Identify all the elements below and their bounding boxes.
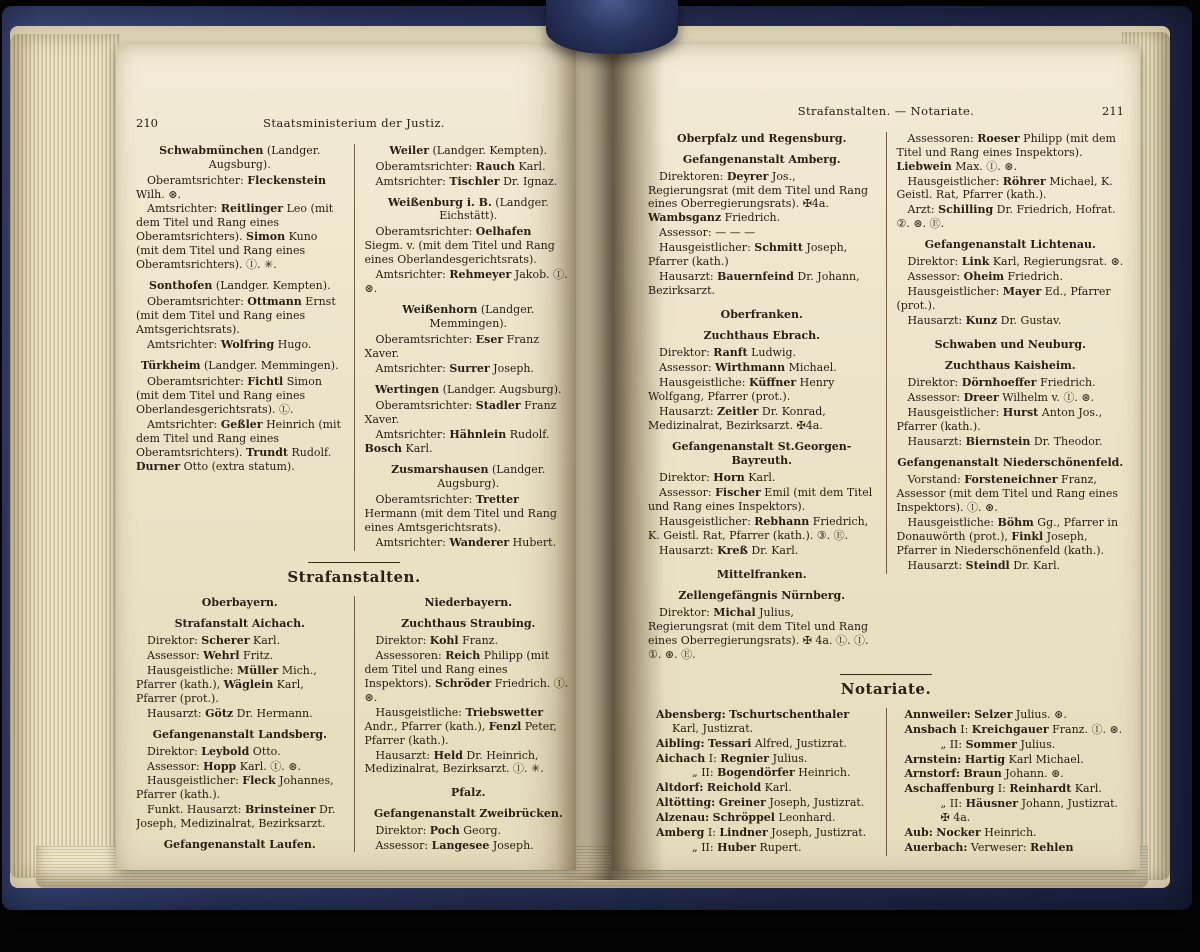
directory-line: Assessor: Langesee Joseph. bbox=[365, 839, 573, 852]
court-entry-heading: Schwabmünchen (Landger. Augsburg). bbox=[136, 144, 344, 172]
page-stack-left-edge bbox=[10, 34, 120, 878]
directory-line: Assessor: Dreer Wilhelm v. Ⓘ. ⊛. bbox=[897, 391, 1125, 405]
notariate-section: Abensberg: Tschurtschenthaler Karl, Just… bbox=[648, 708, 1124, 856]
notariat-line: Amberg I: Lindner Joseph, Justizrat. bbox=[648, 826, 876, 840]
court-entry-heading: Weiler (Landger. Kempten). bbox=[365, 144, 573, 158]
strafanstalten-column-3: Oberpfalz und Regensburg.Gefangenanstalt… bbox=[648, 132, 886, 663]
right-page-number: 211 bbox=[1082, 104, 1124, 119]
directory-line: Hausgeistlicher: Fleck Johannes, Pfarrer… bbox=[136, 774, 344, 802]
directory-line: Hausarzt: Götz Dr. Hermann. bbox=[136, 707, 344, 721]
directory-line: Oberamtsrichter: Ottmann Ernst (mit dem … bbox=[136, 295, 344, 337]
directory-line: Direktor: Link Karl, Regierungsrat. ⊛. bbox=[897, 255, 1125, 269]
institution-heading: Strafanstalt Aichach. bbox=[136, 617, 344, 631]
section-divider-rule bbox=[308, 562, 400, 563]
notariat-line: Annweiler: Selzer Julius. ⊛. bbox=[897, 708, 1125, 722]
directory-line: Assessor: Wehrl Fritz. bbox=[136, 649, 344, 663]
institution-heading: Zuchthaus Kaisheim. bbox=[897, 359, 1125, 373]
right-page-header: Strafanstalten. — Notariate. 211 bbox=[648, 104, 1124, 119]
institution-heading: Gefangenanstalt Amberg. bbox=[648, 153, 876, 167]
directory-line: Assessor: Oheim Friedrich. bbox=[897, 270, 1125, 284]
strafanstalten-continued-section: Oberpfalz und Regensburg.Gefangenanstalt… bbox=[648, 132, 1124, 663]
notariat-line: Ansbach I: Kreichgauer Franz. Ⓘ. ⊛. bbox=[897, 723, 1125, 737]
directory-line: Direktor: Dörnhoeffer Friedrich. bbox=[897, 376, 1125, 390]
notariat-line: Aschaffenburg I: Reinhardt Karl. bbox=[897, 782, 1125, 796]
notariat-line: Aub: Nocker Heinrich. bbox=[897, 826, 1125, 840]
directory-line: Assessor: Fischer Emil (mit dem Titel un… bbox=[648, 486, 876, 514]
directory-line: Amtsrichter: Wolfring Hugo. bbox=[136, 338, 344, 352]
notariat-line: „ II: Bogendörfer Heinrich. bbox=[648, 766, 876, 780]
directory-line: Hausgeistlicher: Rebhann Friedrich, K. G… bbox=[648, 515, 876, 543]
institution-heading: Gefangenanstalt Lichtenau. bbox=[897, 238, 1125, 252]
institution-heading: Gefangenanstalt St.Georgen-Bayreuth. bbox=[648, 440, 876, 468]
notariate-section-title: Notariate. bbox=[648, 680, 1124, 699]
directory-line: Hausarzt: Bauernfeind Dr. Johann, Bezirk… bbox=[648, 270, 876, 298]
court-entry-heading: Weißenhorn (Landger. Memmingen). bbox=[365, 303, 573, 331]
directory-line: Assessor: Wirthmann Michael. bbox=[648, 361, 876, 375]
directory-line: Oberamtsrichter: Stadler Franz Xaver. bbox=[365, 399, 573, 427]
institution-heading: Zuchthaus Straubing. bbox=[365, 617, 573, 631]
directory-line: Hausgeistlicher: Röhrer Michael, K. Geis… bbox=[897, 175, 1125, 203]
directory-line: Funkt. Hausarzt: Brinsteiner Dr. Joseph,… bbox=[136, 803, 344, 831]
region-heading: Niederbayern. bbox=[365, 596, 573, 610]
court-entry-heading: Zusmarshausen (Landger. Augsburg). bbox=[365, 463, 573, 491]
court-entry-heading: Weißenburg i. B. (Landger. Eichstätt). bbox=[365, 196, 573, 224]
directory-line: Amtsrichter: Hähnlein Rudolf. Bosch Karl… bbox=[365, 428, 573, 456]
directory-line: Oberamtsrichter: Oelhafen Siegm. v. (mit… bbox=[365, 225, 573, 267]
directory-line: Assessor: — — — bbox=[648, 226, 876, 240]
directory-line: Hausgeistliche: Triebswetter Andr., Pfar… bbox=[365, 706, 573, 748]
notariat-line: Altdorf: Reichold Karl. bbox=[648, 781, 876, 795]
notariat-line: Arnstorf: Braun Johann. ⊛. bbox=[897, 767, 1125, 781]
directory-line: Assessoren: Reich Philipp (mit dem Titel… bbox=[365, 649, 573, 705]
book-photo: 210 Staatsministerium der Justiz. Schwab… bbox=[0, 0, 1200, 952]
strafanstalten-column-2: Niederbayern.Zuchthaus Straubing.Direkto… bbox=[354, 596, 573, 852]
directory-line: Hausgeistliche: Küffner Henry Wolfgang, … bbox=[648, 376, 876, 404]
directory-line: Direktor: Leybold Otto. bbox=[136, 745, 344, 759]
strafanstalten-column-4: Assessoren: Roeser Philipp (mit dem Tite… bbox=[886, 132, 1125, 574]
left-page-number: 210 bbox=[136, 116, 178, 131]
notariate-column-1: Abensberg: Tschurtschenthaler Karl, Just… bbox=[648, 708, 886, 856]
right-running-title: Strafanstalten. — Notariate. bbox=[690, 104, 1082, 119]
court-entry-heading: Wertingen (Landger. Augsburg). bbox=[365, 383, 573, 397]
institution-heading: Zuchthaus Ebrach. bbox=[648, 329, 876, 343]
directory-line: Direktor: Michal Julius, Regierungsrat (… bbox=[648, 606, 876, 662]
directory-line: Oberamtsrichter: Fichtl Simon (mit dem T… bbox=[136, 375, 344, 417]
region-heading: Pfalz. bbox=[365, 786, 573, 800]
directory-line: Direktoren: Deyrer Jos., Regierungsrat (… bbox=[648, 170, 876, 226]
institution-heading: Gefangenanstalt Niederschönenfeld. bbox=[897, 456, 1125, 470]
directory-line: Hausarzt: Biernstein Dr. Theodor. bbox=[897, 435, 1125, 449]
directory-line: Oberamtsrichter: Rauch Karl. bbox=[365, 160, 573, 174]
notariat-line: Abensberg: Tschurtschenthaler Karl, Just… bbox=[648, 708, 876, 736]
notariate-column-2: Annweiler: Selzer Julius. ⊛.Ansbach I: K… bbox=[886, 708, 1125, 856]
directory-line: Direktor: Ranft Ludwig. bbox=[648, 346, 876, 360]
spine-head bbox=[546, 0, 678, 54]
directory-line: Direktor: Scherer Karl. bbox=[136, 634, 344, 648]
directory-line: Vorstand: Forsteneichner Franz, Assessor… bbox=[897, 473, 1125, 515]
directory-line: Direktor: Kohl Franz. bbox=[365, 634, 573, 648]
court-entry-heading: Türkheim (Landger. Memmingen). bbox=[136, 359, 344, 373]
directory-line: Hausgeistlicher: Hurst Anton Jos., Pfarr… bbox=[897, 406, 1125, 434]
notariat-line: „ II: Häusner Johann, Justizrat. ✠ 4a. bbox=[897, 797, 1125, 825]
directory-line: Hausarzt: Held Dr. Heinrich, Medizinalra… bbox=[365, 749, 573, 777]
notariat-line: „ II: Huber Rupert. bbox=[648, 841, 876, 855]
left-running-title: Staatsministerium der Justiz. bbox=[178, 116, 530, 131]
directory-line: Hausarzt: Kreß Dr. Karl. bbox=[648, 544, 876, 558]
directory-line: Hausgeistliche: Müller Mich., Pfarrer (k… bbox=[136, 664, 344, 706]
directory-line: Hausgeistlicher: Schmitt Joseph, Pfarrer… bbox=[648, 241, 876, 269]
directory-line: Amtsrichter: Surrer Joseph. bbox=[365, 362, 573, 376]
right-page-content: Strafanstalten. — Notariate. 211 Oberpfa… bbox=[648, 104, 1124, 856]
directory-line: Hausarzt: Steindl Dr. Karl. bbox=[897, 559, 1125, 573]
directory-line: Hausgeistliche: Böhm Gg., Pfarrer in Don… bbox=[897, 516, 1125, 558]
directory-line: Arzt: Schilling Dr. Friedrich, Hofrat. ②… bbox=[897, 203, 1125, 231]
left-page-content: 210 Staatsministerium der Justiz. Schwab… bbox=[136, 116, 572, 852]
directory-line: Hausgeistlicher: Mayer Ed., Pfarrer (pro… bbox=[897, 285, 1125, 313]
directory-line: Hausarzt: Zeitler Dr. Konrad, Medizinalr… bbox=[648, 405, 876, 433]
strafanstalten-section: Oberbayern.Strafanstalt Aichach.Direktor… bbox=[136, 596, 572, 852]
courts-column-2: Weiler (Landger. Kempten).Oberamtsrichte… bbox=[354, 144, 573, 551]
notariat-line: Auerbach: Verweser: Rehlen Heinrich, Amt… bbox=[897, 841, 1125, 856]
institution-heading: Gefangenanstalt Laufen. bbox=[136, 838, 344, 852]
region-heading: Oberfranken. bbox=[648, 308, 876, 322]
courts-section: Schwabmünchen (Landger. Augsburg).Oberam… bbox=[136, 144, 572, 551]
directory-line: Oberamtsrichter: Eser Franz Xaver. bbox=[365, 333, 573, 361]
region-heading: Oberpfalz und Regensburg. bbox=[648, 132, 876, 146]
court-entry-heading: Sonthofen (Landger. Kempten). bbox=[136, 279, 344, 293]
notariat-line: Aichach I: Regnier Julius. bbox=[648, 752, 876, 766]
directory-line: Assessor: Hopp Karl. Ⓘ. ⊛. bbox=[136, 760, 344, 774]
directory-line: Assessoren: Roeser Philipp (mit dem Tite… bbox=[897, 132, 1125, 174]
region-heading: Mittelfranken. bbox=[648, 568, 876, 582]
institution-heading: Gefangenanstalt Zweibrücken. bbox=[365, 807, 573, 821]
directory-line: Direktor: Horn Karl. bbox=[648, 471, 876, 485]
section-divider-rule bbox=[840, 674, 932, 675]
directory-line: Amtsrichter: Geßler Heinrich (mit dem Ti… bbox=[136, 418, 344, 474]
courts-column-1: Schwabmünchen (Landger. Augsburg).Oberam… bbox=[136, 144, 354, 475]
directory-line: Amtsrichter: Rehmeyer Jakob. Ⓘ. ⊛. bbox=[365, 268, 573, 296]
right-page: Strafanstalten. — Notariate. 211 Oberpfa… bbox=[612, 44, 1140, 870]
institution-heading: Gefangenanstalt Landsberg. bbox=[136, 728, 344, 742]
directory-line: Oberamtsrichter: Fleckenstein Wilh. ⊛. bbox=[136, 174, 344, 202]
strafanstalten-section-title: Strafanstalten. bbox=[136, 568, 572, 587]
region-heading: Oberbayern. bbox=[136, 596, 344, 610]
directory-line: Hausarzt: Kunz Dr. Gustav. bbox=[897, 314, 1125, 328]
institution-heading: Zellengefängnis Nürnberg. bbox=[648, 589, 876, 603]
strafanstalten-column-1: Oberbayern.Strafanstalt Aichach.Direktor… bbox=[136, 596, 354, 852]
notariat-line: Altötting: Greiner Joseph, Justizrat. bbox=[648, 796, 876, 810]
directory-line: Amtsrichter: Wanderer Hubert. bbox=[365, 536, 573, 550]
directory-line: Amtsrichter: Tischler Dr. Ignaz. bbox=[365, 175, 573, 189]
notariat-line: „ II: Sommer Julius. bbox=[897, 738, 1125, 752]
directory-line: Amtsrichter: Reitlinger Leo (mit dem Tit… bbox=[136, 202, 344, 272]
notariat-line: Alzenau: Schröppel Leonhard. bbox=[648, 811, 876, 825]
region-heading: Schwaben und Neuburg. bbox=[897, 338, 1125, 352]
left-page: 210 Staatsministerium der Justiz. Schwab… bbox=[116, 44, 576, 870]
left-page-header: 210 Staatsministerium der Justiz. bbox=[136, 116, 572, 131]
directory-line: Oberamtsrichter: Tretter Hermann (mit de… bbox=[365, 493, 573, 535]
notariat-line: Aibling: Tessari Alfred, Justizrat. bbox=[648, 737, 876, 751]
directory-line: Direktor: Poch Georg. bbox=[365, 824, 573, 838]
notariat-line: Arnstein: Hartig Karl Michael. bbox=[897, 753, 1125, 767]
